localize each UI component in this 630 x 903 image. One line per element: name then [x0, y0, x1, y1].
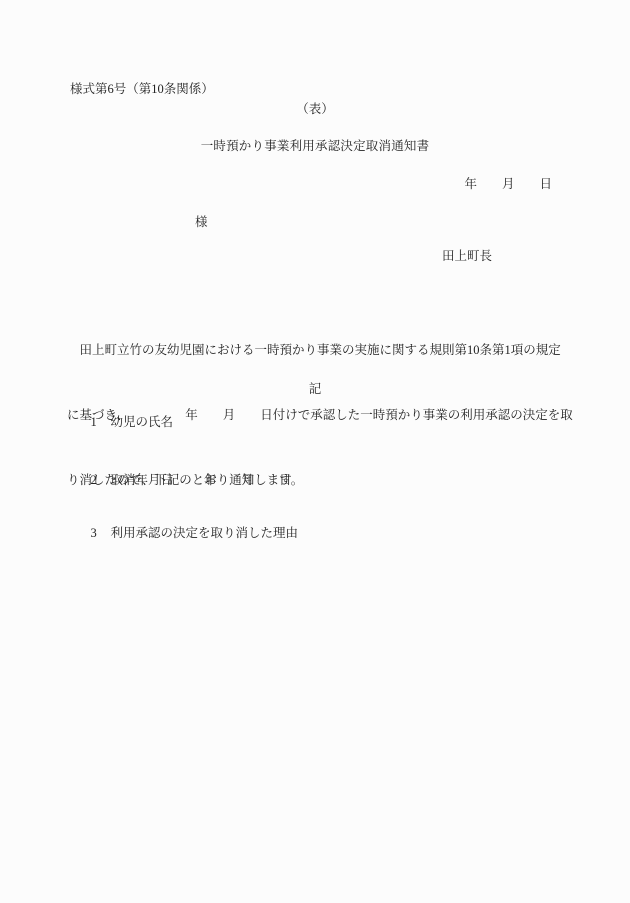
document-page: 様式第6号（第10条関係） （表） 一時預かり事業利用承認決定取消通知書 年 月… — [0, 0, 630, 903]
issue-date-blank: 年 月 日 — [464, 174, 552, 192]
addressee-honorific: 様 — [195, 212, 208, 230]
item-cancellation-date: 2取消年月日年 月 日 — [78, 455, 292, 503]
body-line-1: 田上町立竹の友幼児園における一時預かり事業の実施に関する規則第10条第1項の規定 — [67, 340, 572, 362]
item-number: 1 — [91, 415, 98, 430]
item-label: 利用承認の決定を取り消した理由 — [111, 526, 299, 540]
item-cancellation-reason: 3利用承認の決定を取り消した理由 — [78, 508, 298, 556]
document-title: 一時預かり事業利用承認決定取消通知書 — [0, 136, 630, 154]
issuer-title: 田上町長 — [442, 246, 492, 264]
record-marker: 記 — [0, 379, 630, 397]
form-number: 様式第6号（第10条関係） — [70, 79, 214, 97]
item-child-name: 1幼児の氏名 — [78, 397, 173, 445]
item-date-blank: 年 月 日 — [204, 473, 292, 487]
item-label: 取消年月日 — [111, 473, 174, 487]
item-label: 幼児の氏名 — [111, 415, 174, 429]
item-number: 2 — [91, 473, 98, 488]
side-label: （表） — [0, 99, 630, 117]
item-number: 3 — [91, 526, 98, 541]
